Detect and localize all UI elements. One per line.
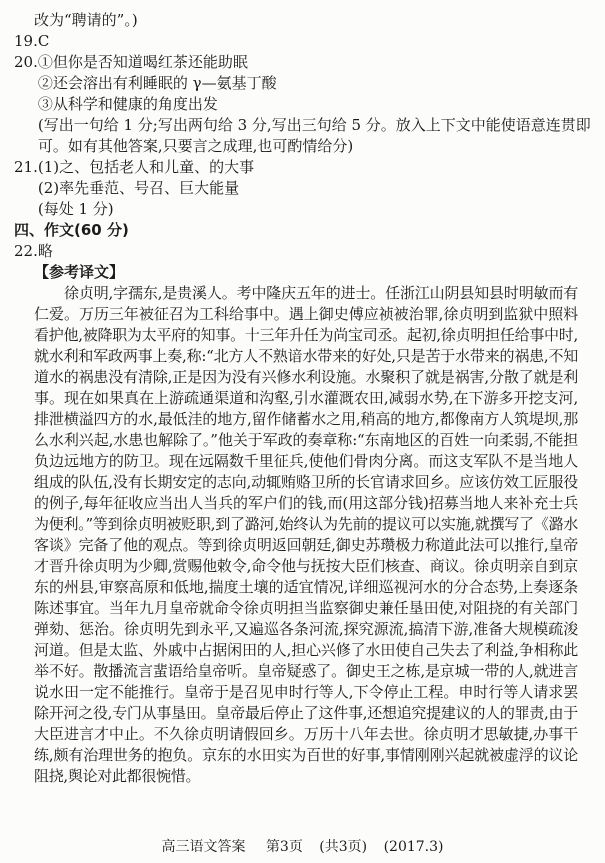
item-number: 21. bbox=[14, 157, 38, 178]
reference-translation-heading: 【参考译文】 bbox=[34, 262, 592, 283]
answer-line: ①但你是否知道喝红茶还能助眠 bbox=[38, 52, 592, 73]
section-heading-composition: 四、作文(60 分) bbox=[14, 220, 592, 241]
answer-item-20: 20. ①但你是否知道喝红茶还能助眠 ②还会溶出有利睡眠的 γ—氨基丁酸 ③从科… bbox=[14, 52, 592, 157]
reference-translation-paragraph: 徐贞明,字孺东,是贵溪人。考中隆庆五年的进士。任浙江山阴县知县时明敏而有仁爱。万… bbox=[34, 283, 578, 787]
answer-body: (1)之、包括老人和儿童、的大事 (2)率先垂范、号召、巨大能量 (每处 1 分… bbox=[38, 157, 592, 220]
item-number: 19. bbox=[14, 31, 38, 52]
item-text: C bbox=[38, 31, 592, 52]
answer-scoring-note: (每处 1 分) bbox=[38, 199, 592, 220]
footer-date: (2017.3) bbox=[384, 839, 444, 855]
continuation-line: 改为“聘请的”。) bbox=[34, 10, 592, 31]
answer-line: ②还会溶出有利睡眠的 γ—氨基丁酸 bbox=[38, 73, 592, 94]
footer-page-number: 第3页 bbox=[266, 839, 303, 855]
answer-scoring-note: (写出一句给 1 分;写出两句给 3 分,写出三句给 5 分。放入上下文中能使语… bbox=[38, 115, 592, 157]
page-footer: 高三语文答案 第3页 (共3页) (2017.3) bbox=[0, 838, 605, 856]
answer-sheet: 改为“聘请的”。) 19. C 20. ①但你是否知道喝红茶还能助眠 ②还会溶出… bbox=[14, 10, 592, 787]
answer-line: (1)之、包括老人和儿童、的大事 bbox=[38, 157, 592, 178]
footer-title: 高三语文答案 bbox=[161, 839, 245, 855]
answer-body: ①但你是否知道喝红茶还能助眠 ②还会溶出有利睡眠的 γ—氨基丁酸 ③从科学和健康… bbox=[38, 52, 592, 157]
item-number: 22. bbox=[14, 241, 38, 262]
answer-item-21: 21. (1)之、包括老人和儿童、的大事 (2)率先垂范、号召、巨大能量 (每处… bbox=[14, 157, 592, 220]
answer-line: (2)率先垂范、号召、巨大能量 bbox=[38, 178, 592, 199]
answer-item-22: 22. 略 bbox=[14, 241, 592, 262]
answer-item-19: 19. C bbox=[14, 31, 592, 52]
item-text: 略 bbox=[38, 241, 592, 262]
answer-line: ③从科学和健康的角度出发 bbox=[38, 94, 592, 115]
footer-page-total: (共3页) bbox=[319, 839, 367, 855]
item-number: 20. bbox=[14, 52, 38, 73]
